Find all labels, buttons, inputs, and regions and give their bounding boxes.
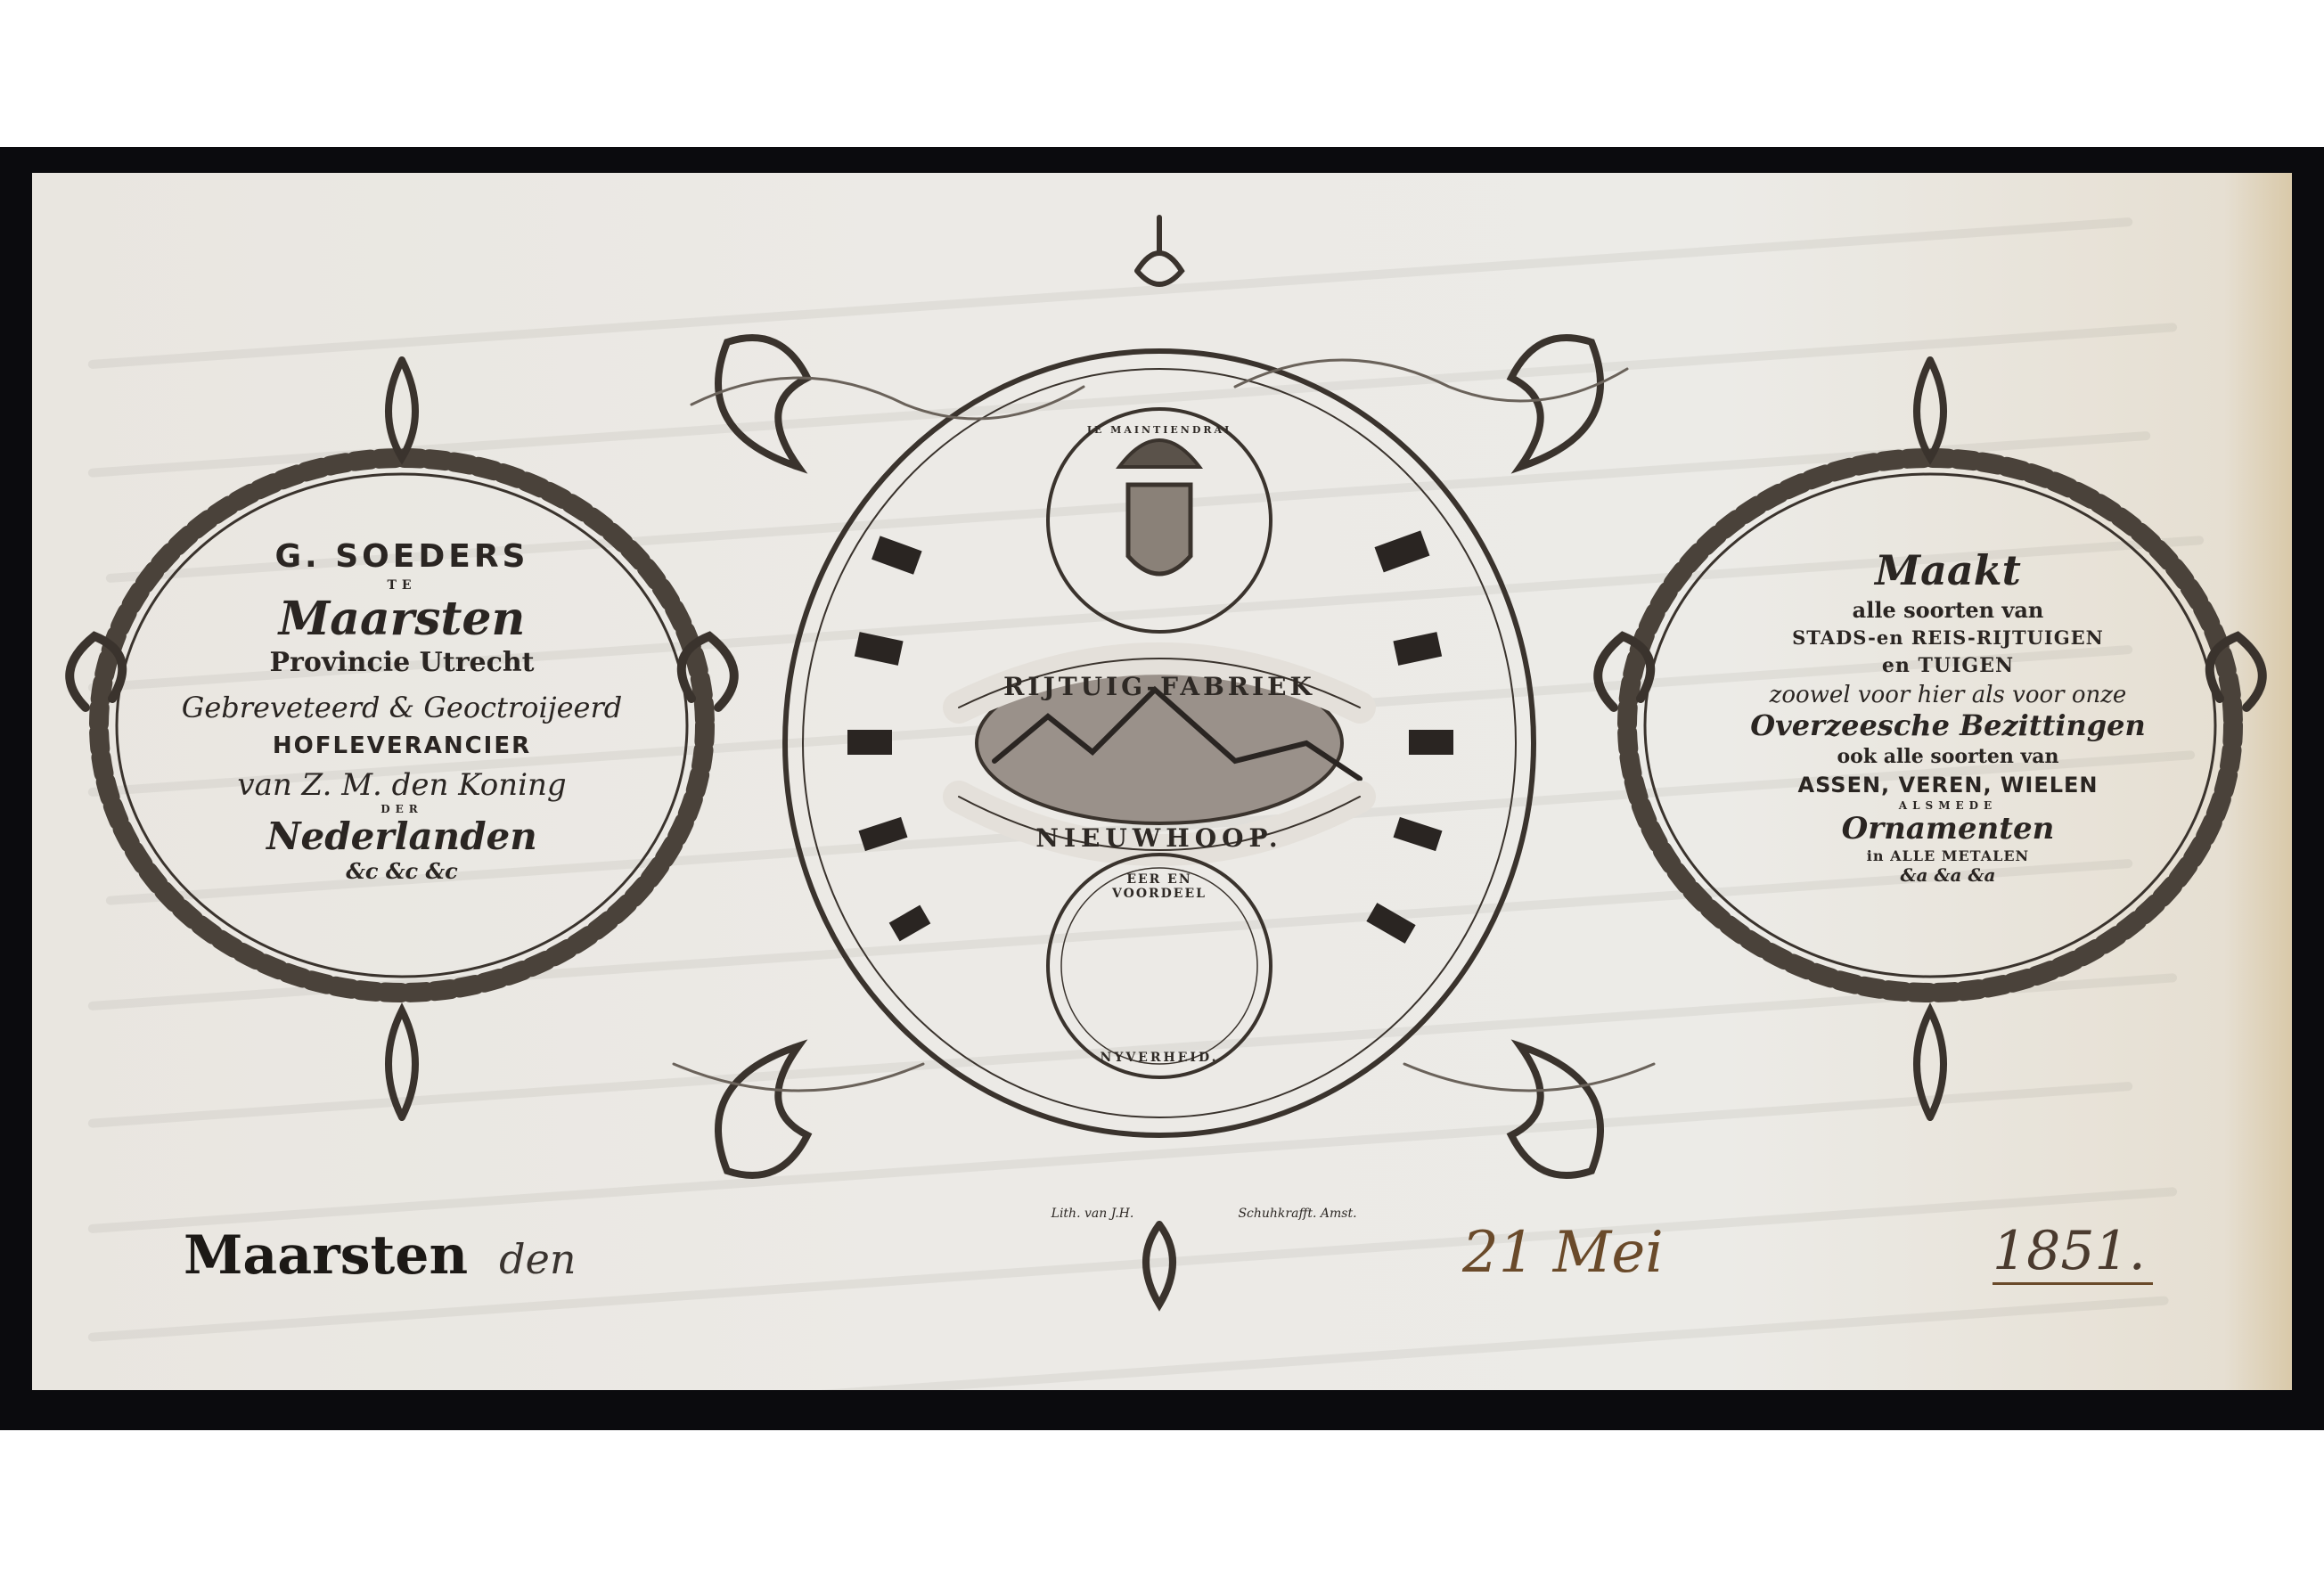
arms-motto: JE MAINTIENDRAI	[1070, 424, 1248, 436]
products-line: en TUIGEN	[1707, 655, 2189, 677]
products-line: ASSEN, VEREN, WIELEN	[1707, 773, 2189, 798]
purveyor-title: HOFLEVERANCIER	[166, 733, 638, 760]
products-line: &a &a &a	[1707, 865, 2189, 886]
products-line: zoowel voor hier als voor onze	[1707, 683, 2189, 709]
country-name: Nederlanden	[166, 815, 638, 858]
right-panel-products: Maakt alle soorten van STADS-en REIS-RIJ…	[1707, 547, 2189, 886]
dateline-place: Maarsten den	[184, 1224, 576, 1287]
medallion-motto-bottom: NYVERHEID.	[1079, 1051, 1240, 1065]
products-line: alle soorten van	[1707, 598, 2189, 623]
te-label: TE	[166, 578, 638, 593]
factory-banner-bottom: NIEUWHOOP.	[977, 823, 1342, 853]
products-heading: Maakt	[1707, 547, 2189, 594]
factory-banner-top: RIJTUIG-FABRIEK	[977, 672, 1342, 701]
etc-label: &c &c &c	[166, 859, 638, 884]
lithographer-imprint-left: Lith. van J.H.	[1021, 1207, 1164, 1221]
letterhead-paper: G. SOEDERS TE Maarsten Provincie Utrecht…	[32, 173, 2292, 1390]
province-label: Provincie Utrecht	[166, 648, 638, 679]
der-label: DER	[166, 804, 638, 816]
products-line: ook alle soorten van	[1707, 746, 2189, 768]
patent-label: Gebreveteerd & Geoctroijeerd	[166, 691, 638, 724]
dateline-town: Maarsten	[184, 1224, 468, 1287]
king-label: van Z. M. den Koning	[166, 768, 638, 803]
company-name: G. SOEDERS	[166, 538, 638, 575]
products-line: in ALLE METALEN	[1707, 848, 2189, 864]
products-line: ALSMEDE	[1707, 800, 2189, 813]
products-line: Overzeesche Bezittingen	[1707, 709, 2189, 742]
left-panel-company: G. SOEDERS TE Maarsten Provincie Utrecht…	[166, 538, 638, 883]
town-name: Maarsten	[166, 593, 638, 646]
products-line: Ornamenten	[1707, 812, 2189, 847]
medallion-motto-top: EER EN VOORDEEL	[1079, 872, 1240, 901]
dateline-den: den	[499, 1235, 576, 1283]
products-line: STADS-en REIS-RIJTUIGEN	[1707, 627, 2189, 649]
handwritten-date: 21 Mei	[1462, 1220, 1664, 1286]
lithographer-imprint-right: Schuhkrafft. Amst.	[1208, 1207, 1387, 1221]
handwritten-year: 1851.	[1993, 1220, 2153, 1285]
